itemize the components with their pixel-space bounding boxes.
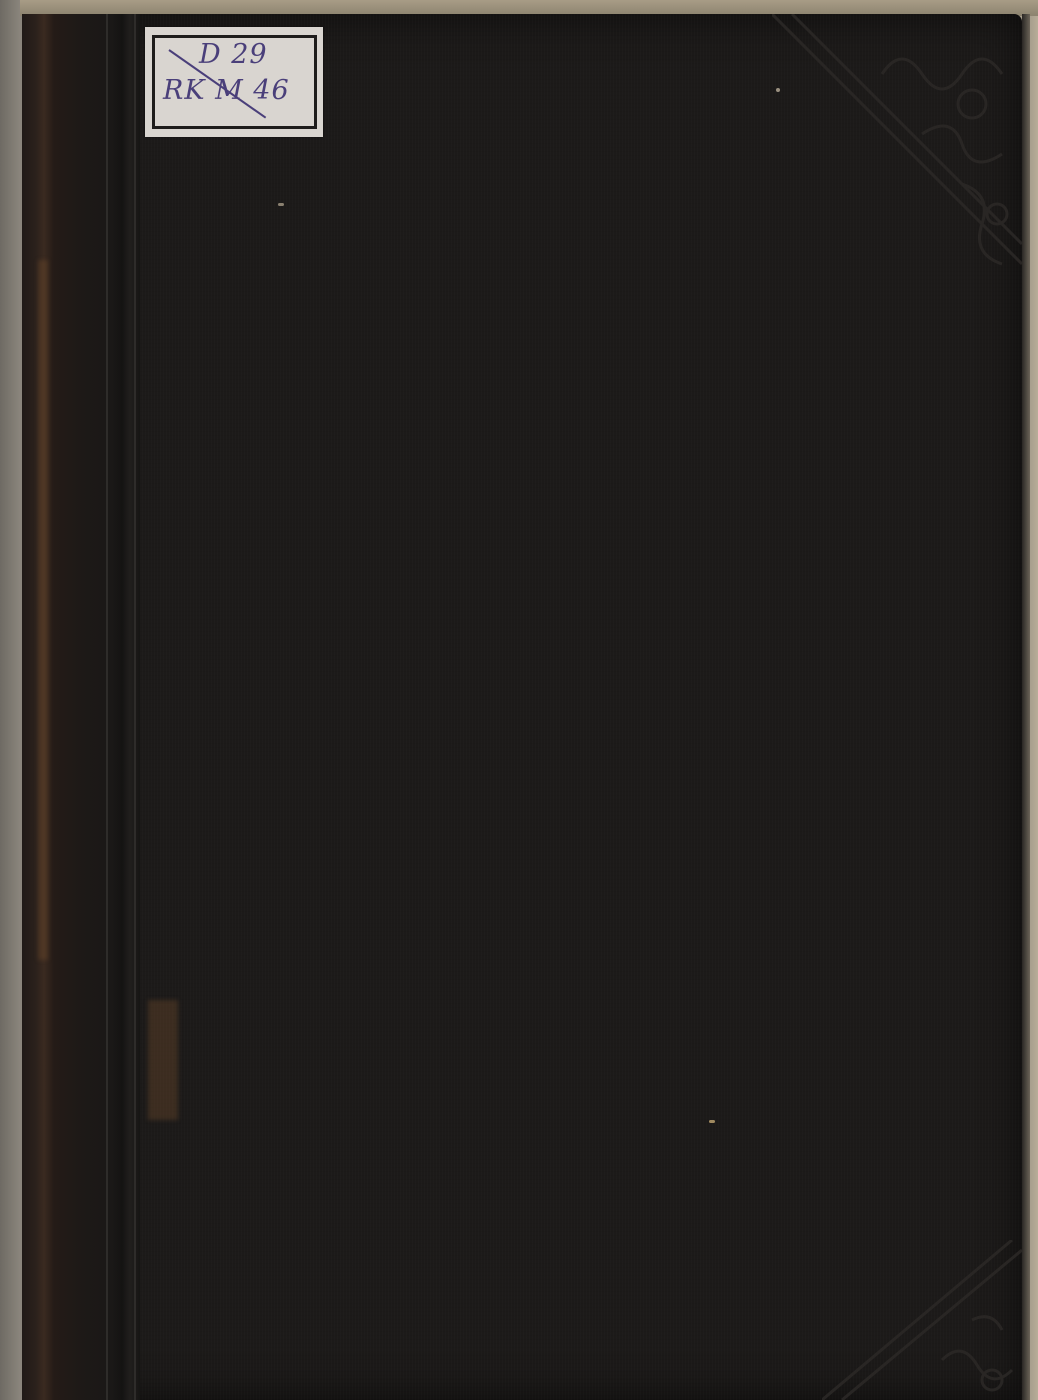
- shelf-mark-label: D 29 RK M 46: [145, 27, 323, 137]
- spine-groove-line: [106, 14, 108, 1400]
- cover-speck: [709, 1120, 715, 1123]
- cover-speck: [776, 88, 780, 92]
- cloth-texture: [22, 14, 1022, 1400]
- spine-groove-line: [134, 14, 136, 1400]
- shelf-mark-line-1: D 29: [199, 39, 268, 70]
- book-cover: [22, 14, 1022, 1400]
- spine-wear: [38, 260, 48, 960]
- cover-wear: [148, 1000, 178, 1120]
- cover-right-edge: [1022, 14, 1030, 1400]
- cover-speck: [278, 203, 284, 206]
